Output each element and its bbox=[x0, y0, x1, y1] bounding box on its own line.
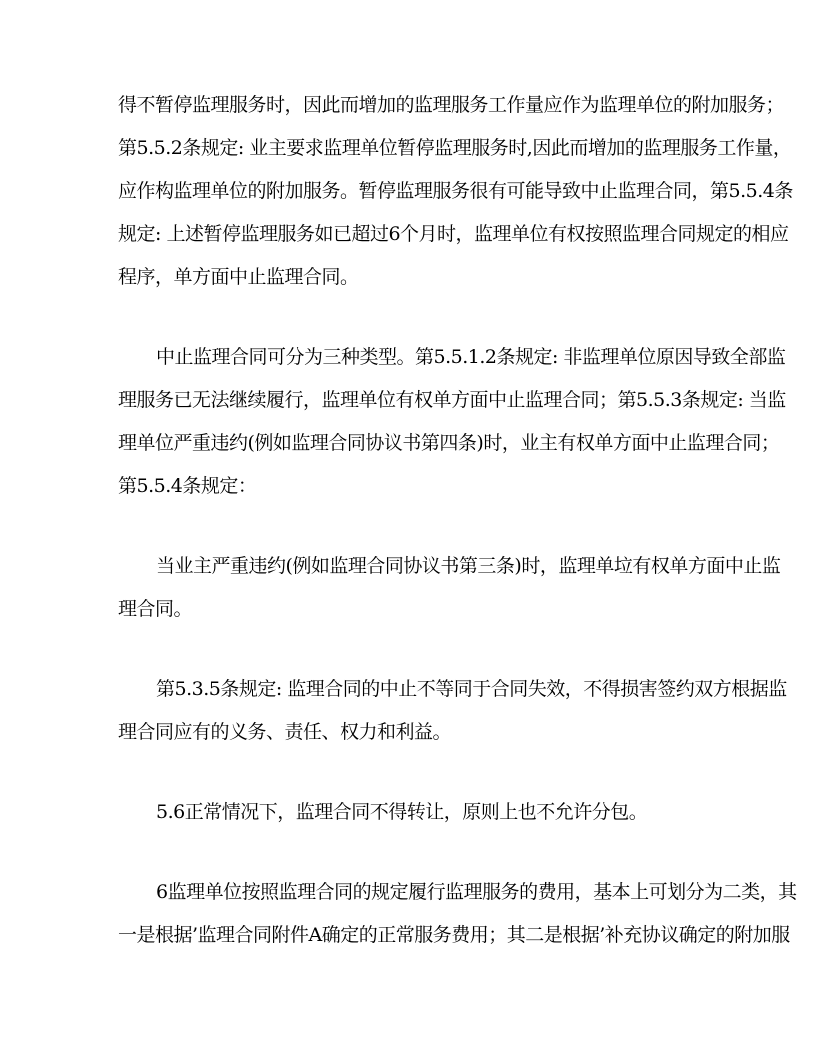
paragraph: 得不暂停监理服务时，因此而增加的监理服务工作量应作为监理单位的附加服务；第5.5… bbox=[118, 84, 696, 299]
text-line: 理服务已无法继续履行，监理单位有权单方面中止监理合同；第5.5.3条规定: 当监 bbox=[118, 379, 696, 422]
paragraph: 第5.3.5条规定: 监理合同的中止不等同于合同失效，不得损害签约双方根据监理合… bbox=[118, 668, 696, 754]
text-line: 5.6正常情况下，监理合同不得转让，原则上也不允许分包。 bbox=[118, 791, 696, 834]
document-content: 得不暂停监理服务时，因此而增加的监理服务工作量应作为监理单位的附加服务；第5.5… bbox=[118, 84, 696, 994]
paragraph: 中止监理合同可分为三种类型。第5.5.1.2条规定: 非监理单位原因导致全部监理… bbox=[118, 336, 696, 508]
text-line: 第5.5.4条规定： bbox=[118, 465, 696, 508]
text-line: 得不暂停监理服务时，因此而增加的监理服务工作量应作为监理单位的附加服务； bbox=[118, 84, 696, 127]
text-line: 第5.3.5条规定: 监理合同的中止不等同于合同失效，不得损害签约双方根据监 bbox=[118, 668, 696, 711]
paragraph: 5.6正常情况下，监理合同不得转让，原则上也不允许分包。 bbox=[118, 791, 696, 834]
paragraph: 6监理单位按照监理合同的规定履行监理服务的费用，基本上可划分为二类，其一是根据’… bbox=[118, 871, 696, 957]
text-line: 程序，单方面中止监理合同。 bbox=[118, 256, 696, 299]
text-line: 一是根据’监理合同附件A确定的正常服务费用；其二是根据’补充协议确定的附加服 bbox=[118, 914, 696, 957]
document-page: 得不暂停监理服务时，因此而增加的监理服务工作量应作为监理单位的附加服务；第5.5… bbox=[0, 0, 816, 1056]
text-line: 理合同应有的义务、责任、权力和利益。 bbox=[118, 711, 696, 754]
text-line: 中止监理合同可分为三种类型。第5.5.1.2条规定: 非监理单位原因导致全部监 bbox=[118, 336, 696, 379]
text-line: 理合同。 bbox=[118, 588, 696, 631]
text-line: 当业主严重违约(例如监理合同协议书第三条)时，监理单垃有权单方面中止监 bbox=[118, 545, 696, 588]
text-line: 规定: 上述暂停监理服务如已超过6个月时，监理单位有权按照监理合同规定的相应 bbox=[118, 213, 696, 256]
text-line: 应作构监理单位的附加服务。暂停监理服务很有可能导致中止监理合同，第5.5.4条 bbox=[118, 170, 696, 213]
paragraph: 当业主严重违约(例如监理合同协议书第三条)时，监理单垃有权单方面中止监理合同。 bbox=[118, 545, 696, 631]
text-line: 理单位严重违约(例如监理合同协议书第四条)时，业主有权单方面中止监理合同； bbox=[118, 422, 696, 465]
text-line: 6监理单位按照监理合同的规定履行监理服务的费用，基本上可划分为二类，其 bbox=[118, 871, 696, 914]
text-line: 第5.5.2条规定: 业主要求监理单位暂停监理服务时,因此而增加的监理服务工作量… bbox=[118, 127, 696, 170]
